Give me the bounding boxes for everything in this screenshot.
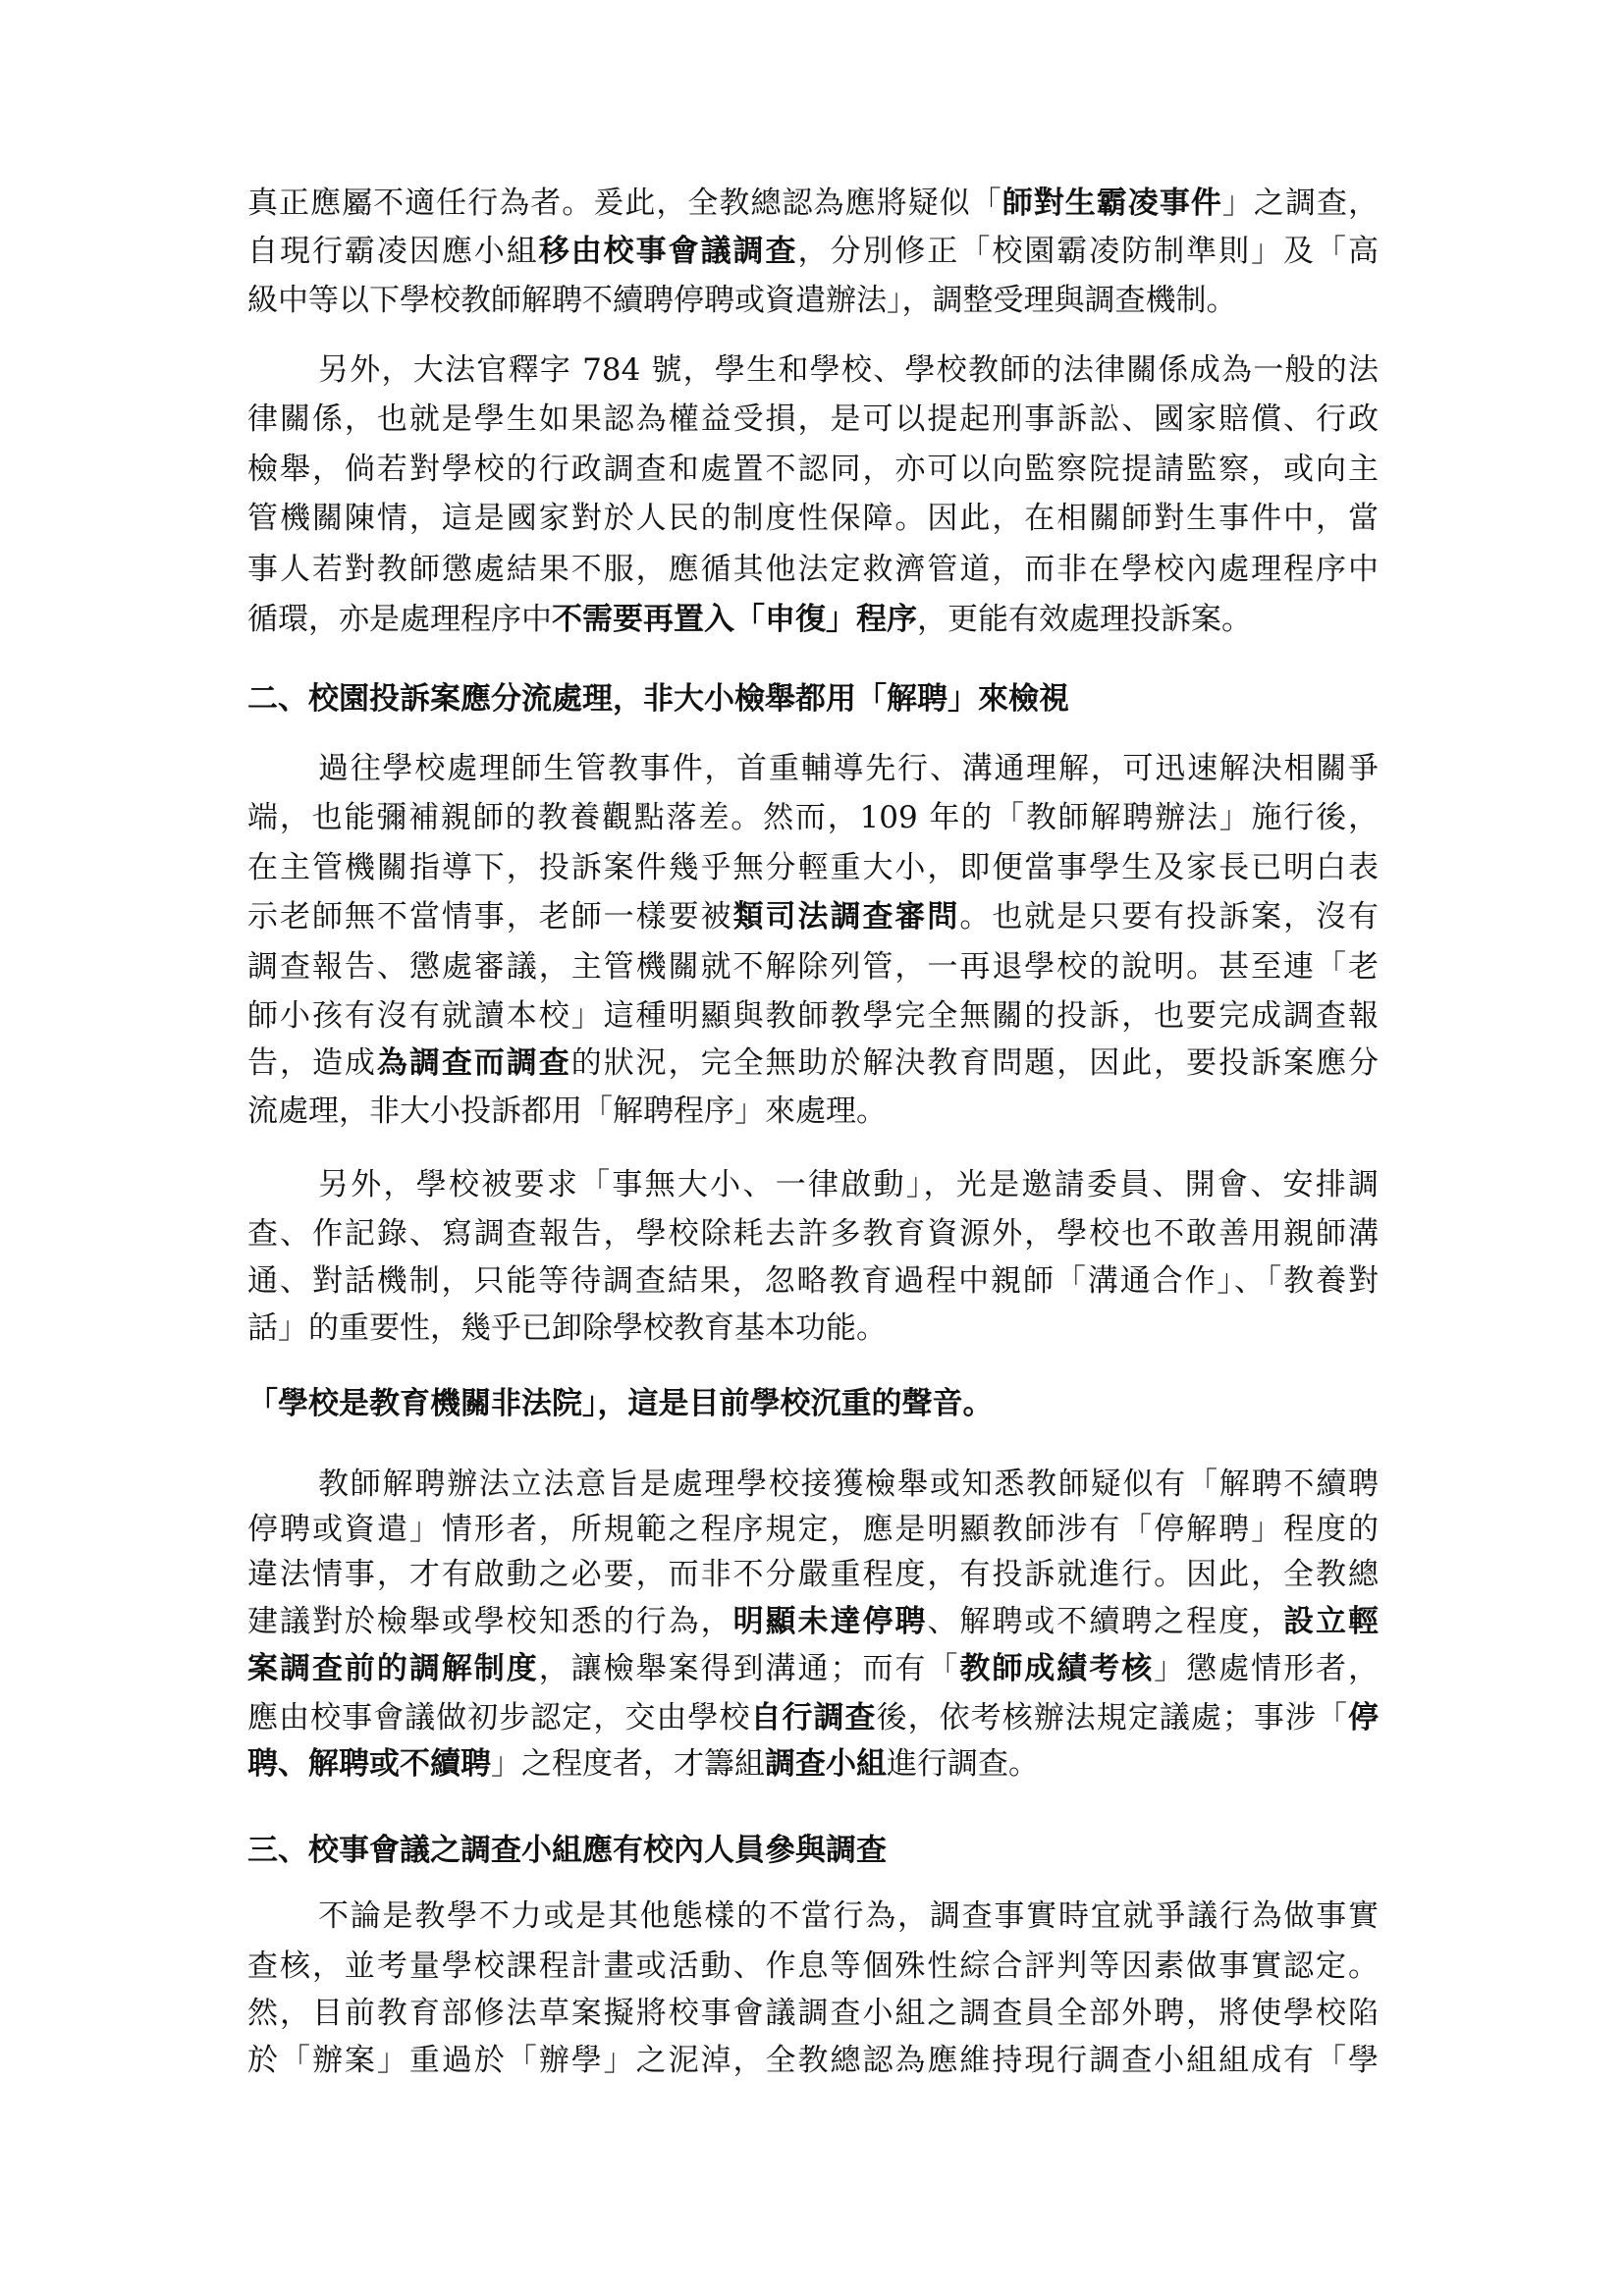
text-line: 過往學校處理師生管教事件，首重輔導先行、溝通理解，可迅速解決相關爭	[318, 749, 1379, 788]
text-line: 循環，亦是處理程序中不需要再置入「申復」程序，更能有效處理投訴案。	[247, 600, 1252, 639]
text-run: 真正應屬不適任行為者。爰此，全教總認為應將疑似「	[247, 186, 1002, 221]
text-line: 級中等以下學校教師解聘不續聘停聘或資遣辦法」，調整受理與調查機制。	[247, 281, 1237, 320]
text-line: 不論是教學不力或是其他態樣的不當行為，調查事實時宜就爭議行為做事實	[318, 1896, 1379, 1936]
text-line: 「學校是教育機關非法院」，這是目前學校沉重的聲音。	[247, 1384, 994, 1423]
text-line: 然，目前教育部修法草案擬將校事會議調查小組之調查員全部外聘，將使學校陷	[247, 1994, 1379, 2033]
text-run: 話」的重要性，幾乎已卸除學校教育基本功能。	[247, 1310, 887, 1346]
text-run: 檢舉，倘若對學校的行政調查和處置不認同，亦可以向監察院提請監察，或向主	[247, 452, 1379, 487]
bold-text: 調查小組	[765, 1746, 887, 1782]
text-line: 管機關陳情，這是國家對於人民的制度性保障。因此，在相關師對生事件中，當	[247, 499, 1379, 538]
text-run: 循環，亦是處理程序中	[247, 602, 552, 637]
text-run: 進行調查。	[887, 1746, 1039, 1782]
text-run: 自現行霸凌因應小組	[247, 234, 539, 269]
text-line: 建議對於檢舉或學校知悉的行為，明顯未達停聘、解聘或不續聘之程度，設立輕	[247, 1602, 1379, 1641]
text-run: ，分別修正「校園霸凌防制準則」及「高	[798, 234, 1380, 269]
text-run: 」之程度者，才籌組	[491, 1746, 765, 1782]
text-line: 真正應屬不適任行為者。爰此，全教總認為應將疑似「師對生霸凌事件」之調查，	[247, 184, 1379, 223]
text-line: 教師解聘辦法立法意旨是處理學校接獲檢舉或知悉教師疑似有「解聘不續聘	[318, 1465, 1379, 1504]
text-line: 聘、解聘或不續聘」之程度者，才籌組調查小組進行調查。	[247, 1744, 1039, 1784]
text-run: 師小孩有沒有就讀本校」這種明顯與教師教學完全無關的投訴，也要完成調查報	[247, 998, 1379, 1034]
text-line: 於「辦案」重過於「辦學」之泥淖，全教總認為應維持現行調查小組組成有「學	[247, 2041, 1379, 2080]
text-line: 另外，大法官釋字 784 號，學生和學校、學校教師的法律關係成為一般的法	[318, 350, 1379, 390]
text-line: 在主管機關指導下，投訴案件幾乎無分輕重大小，即便當事學生及家長已明白表	[247, 848, 1379, 887]
text-line: 案調查前的調解制度，讓檢舉案得到溝通；而有「教師成績考核」懲處情形者，	[247, 1649, 1379, 1688]
text-run: ，讓檢舉案得到溝通；而有「	[539, 1651, 960, 1686]
text-line: 端，也能彌補親師的教養觀點落差。然而，109 年的「教師解聘辦法」施行後，	[247, 798, 1379, 837]
text-run: 。也就是只要有投訴案，沒有	[959, 899, 1379, 934]
text-run: 另外，大法官釋字 784 號，學生和學校、學校教師的法律關係成為一般的法	[318, 352, 1379, 388]
text-line: 告，造成為調查而調查的狀況，完全無助於解決教育問題，因此，要投訴案應分	[247, 1043, 1379, 1083]
text-run: ，更能有效處理投訴案。	[917, 602, 1252, 637]
text-line: 應由校事會議做初步認定，交由學校自行調查後，依考核辦法規定議處；事涉「停	[247, 1698, 1379, 1737]
text-run: 過往學校處理師生管教事件，首重輔導先行、溝通理解，可迅速解決相關爭	[318, 751, 1379, 786]
text-line: 律關係，也就是學生如果認為權益受損，是可以提起刑事訴訟、國家賠償、行政	[247, 400, 1379, 439]
bold-text: 為調查而調查	[377, 1045, 571, 1081]
bold-text: 設立輕	[1283, 1604, 1379, 1639]
text-line: 二、校園投訴案應分流處理，非大小檢舉都用「解聘」來檢視	[247, 679, 1069, 719]
text-run: 查核，並考量學校課程計畫或活動、作息等個殊性綜合評判等因素做事實認定。	[247, 1949, 1379, 1984]
bold-text: 「學校是教育機關非法院」，這是目前學校沉重的聲音。	[247, 1386, 994, 1421]
text-run: 違法情事，才有啟動之必要，而非不分嚴重程度，有投訴就進行。因此，全教總	[247, 1557, 1379, 1592]
bold-text: 明顯未達停聘	[733, 1604, 928, 1639]
text-run: 律關係，也就是學生如果認為權益受損，是可以提起刑事訴訟、國家賠償、行政	[247, 401, 1379, 437]
text-line: 通、對話機制，只能等待調查結果，忽略教育過程中親師「溝通合作」、「教養對	[247, 1261, 1379, 1301]
text-run: 通、對話機制，只能等待調查結果，忽略教育過程中親師「溝通合作」、「教養對	[247, 1263, 1379, 1299]
text-run: 停聘或資遣」情形者，所規範之程序規定，應是明顯教師涉有「停解聘」程度的	[247, 1512, 1379, 1547]
text-run: 後，依考核辦法規定議處；事涉「	[877, 1700, 1348, 1735]
bold-text: 不需要再置入「申復」程序	[552, 602, 917, 637]
bold-text: 師對生霸凌事件	[1002, 186, 1222, 221]
text-run: 不論是教學不力或是其他態樣的不當行為，調查事實時宜就爭議行為做事實	[318, 1898, 1379, 1934]
bold-text: 三、校事會議之調查小組應有校內人員參與調查	[247, 1833, 887, 1868]
text-run: 查、作記錄、寫調查報告，學校除耗去許多教育資源外，學校也不敢善用親師溝	[247, 1216, 1379, 1252]
text-run: 級中等以下學校教師解聘不續聘停聘或資遣辦法」，調整受理與調查機制。	[247, 283, 1237, 318]
text-line: 查核，並考量學校課程計畫或活動、作息等個殊性綜合評判等因素做事實認定。	[247, 1947, 1379, 1986]
bold-text: 教師成績考核	[959, 1651, 1154, 1686]
text-line: 另外，學校被要求「事無大小、一律啟動」，光是邀請委員、開會、安排調	[318, 1165, 1379, 1204]
text-line: 三、校事會議之調查小組應有校內人員參與調查	[247, 1831, 887, 1870]
text-run: 教師解聘辦法立法意旨是處理學校接獲檢舉或知悉教師疑似有「解聘不續聘	[318, 1467, 1379, 1502]
text-run: 事人若對教師懲處結果不服，應循其他法定救濟管道，而非在學校內處理程序中	[247, 552, 1379, 587]
bold-text: 案調查前的調解制度	[247, 1651, 539, 1686]
text-line: 話」的重要性，幾乎已卸除學校教育基本功能。	[247, 1308, 887, 1348]
text-run: 在主管機關指導下，投訴案件幾乎無分輕重大小，即便當事學生及家長已明白表	[247, 850, 1379, 885]
text-line: 調查報告、懲處審議，主管機關就不解除列管，一再退學校的說明。甚至連「老	[247, 947, 1379, 987]
text-run: 」之調查，	[1222, 186, 1379, 221]
text-run: 、解聘或不續聘之程度，	[927, 1604, 1283, 1639]
bold-text: 類司法調查審問	[733, 899, 960, 934]
text-line: 自現行霸凌因應小組移由校事會議調查，分別修正「校園霸凌防制準則」及「高	[247, 232, 1379, 271]
text-run: 端，也能彌補親師的教養觀點落差。然而，109 年的「教師解聘辦法」施行後，	[247, 800, 1379, 835]
text-run: 另外，學校被要求「事無大小、一律啟動」，光是邀請委員、開會、安排調	[318, 1167, 1379, 1202]
text-line: 流處理，非大小投訴都用「解聘程序」來處理。	[247, 1092, 887, 1131]
text-line: 停聘或資遣」情形者，所規範之程序規定，應是明顯教師涉有「停解聘」程度的	[247, 1510, 1379, 1549]
text-line: 查、作記錄、寫調查報告，學校除耗去許多教育資源外，學校也不敢善用親師溝	[247, 1214, 1379, 1254]
text-line: 事人若對教師懲處結果不服，應循其他法定救濟管道，而非在學校內處理程序中	[247, 550, 1379, 589]
bold-text: 聘、解聘或不續聘	[247, 1746, 491, 1782]
bold-text: 移由校事會議調查	[539, 234, 798, 269]
text-line: 師小孩有沒有就讀本校」這種明顯與教師教學完全無關的投訴，也要完成調查報	[247, 996, 1379, 1036]
bold-text: 停	[1348, 1700, 1379, 1735]
bold-text: 二、校園投訴案應分流處理，非大小檢舉都用「解聘」來檢視	[247, 681, 1069, 717]
text-line: 違法情事，才有啟動之必要，而非不分嚴重程度，有投訴就進行。因此，全教總	[247, 1555, 1379, 1594]
text-run: 告，造成	[247, 1045, 377, 1081]
text-run: 的狀況，完全無助於解決教育問題，因此，要投訴案應分	[571, 1045, 1379, 1081]
text-line: 示老師無不當情事，老師一樣要被類司法調查審問。也就是只要有投訴案，沒有	[247, 897, 1379, 936]
text-run: 」懲處情形者，	[1154, 1651, 1379, 1686]
text-run: 管機關陳情，這是國家對於人民的制度性保障。因此，在相關師對生事件中，當	[247, 501, 1379, 536]
bold-text: 自行調查	[750, 1700, 876, 1735]
text-run: 於「辦案」重過於「辦學」之泥淖，全教總認為應維持現行調查小組組成有「學	[247, 2043, 1379, 2078]
text-run: 示老師無不當情事，老師一樣要被	[247, 899, 733, 934]
text-run: 應由校事會議做初步認定，交由學校	[247, 1700, 750, 1735]
text-line: 檢舉，倘若對學校的行政調查和處置不認同，亦可以向監察院提請監察，或向主	[247, 450, 1379, 489]
text-run: 建議對於檢舉或學校知悉的行為，	[247, 1604, 733, 1639]
text-run: 流處理，非大小投訴都用「解聘程序」來處理。	[247, 1094, 887, 1129]
text-run: 調查報告、懲處審議，主管機關就不解除列管，一再退學校的說明。甚至連「老	[247, 949, 1379, 985]
text-run: 然，目前教育部修法草案擬將校事會議調查小組之調查員全部外聘，將使學校陷	[247, 1996, 1379, 2031]
